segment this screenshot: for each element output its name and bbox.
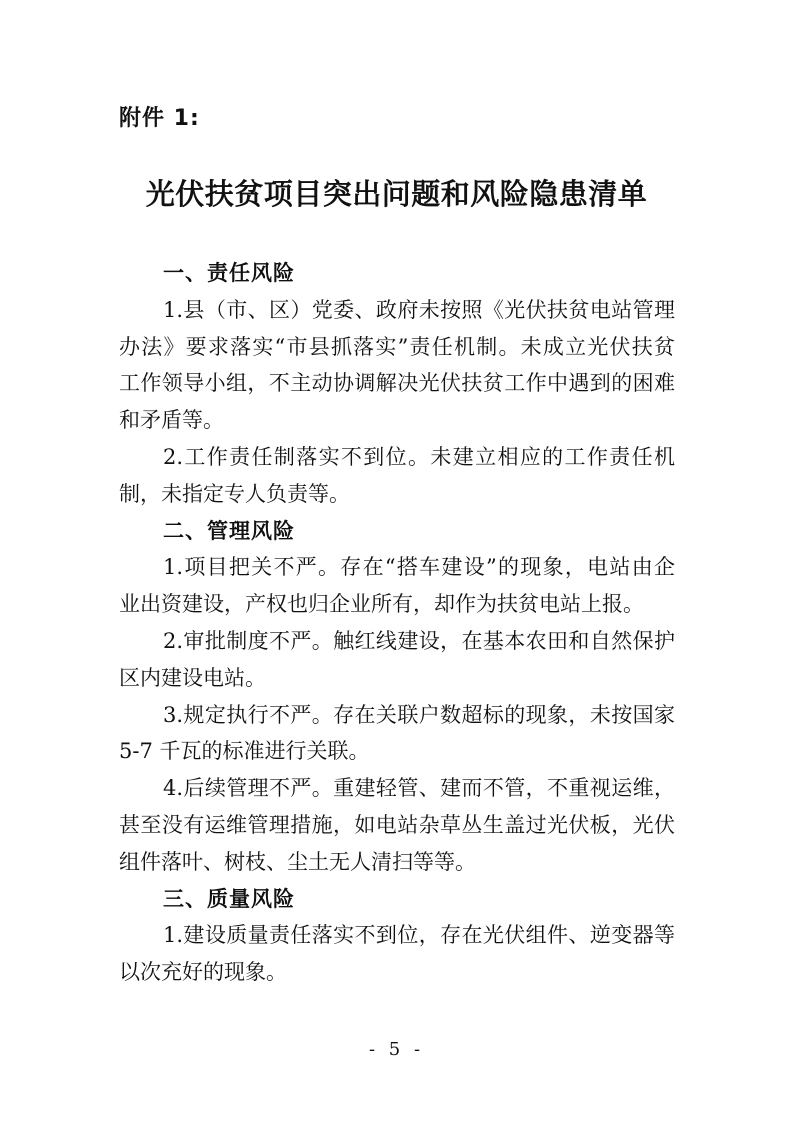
- section-heading-quality-risk: 三、质量风险: [119, 881, 675, 918]
- paragraph-line: 5-7 千瓦的标准进行关联。: [119, 733, 675, 770]
- list-item: 2.工作责任制落实不到位。未建立相应的工作责任机 制，未指定专人负责等。: [119, 439, 675, 513]
- list-item: 1.县（市、区）党委、政府未按照《光伏扶贫电站管理 办法》要求落实“市县抓落实”…: [119, 292, 675, 439]
- list-item: 1.项目把关不严。存在“搭车建设”的现象，电站由企 业出资建设，产权也归企业所有…: [119, 549, 675, 623]
- paragraph-line: 1.县（市、区）党委、政府未按照《光伏扶贫电站管理: [119, 292, 675, 329]
- list-item: 1.建设质量责任落实不到位，存在光伏组件、逆变器等 以次充好的现象。: [119, 917, 675, 991]
- paragraph-line: 甚至没有运维管理措施，如电站杂草丛生盖过光伏板，光伏: [119, 807, 675, 844]
- paragraph-line: 办法》要求落实“市县抓落实”责任机制。未成立光伏扶贫: [119, 329, 675, 366]
- paragraph-line: 3.规定执行不严。存在关联户数超标的现象，未按国家: [119, 697, 675, 734]
- paragraph-line: 2.工作责任制落实不到位。未建立相应的工作责任机: [119, 439, 675, 476]
- paragraph-line: 制，未指定专人负责等。: [119, 476, 675, 513]
- paragraph-line: 1.建设质量责任落实不到位，存在光伏组件、逆变器等: [119, 917, 675, 954]
- document-page: 附件 1: 光伏扶贫项目突出问题和风险隐患清单 一、责任风险 1.县（市、区）党…: [0, 0, 793, 1122]
- paragraph-line: 组件落叶、树枝、尘土无人清扫等等。: [119, 844, 675, 881]
- paragraph-line: 以次充好的现象。: [119, 954, 675, 991]
- section-heading-responsibility-risk: 一、责任风险: [119, 255, 675, 292]
- document-body: 一、责任风险 1.县（市、区）党委、政府未按照《光伏扶贫电站管理 办法》要求落实…: [119, 255, 675, 991]
- paragraph-line: 和矛盾等。: [119, 402, 675, 439]
- attachment-label: 附件 1:: [119, 104, 200, 134]
- paragraph-line: 业出资建设，产权也归企业所有，却作为扶贫电站上报。: [119, 586, 675, 623]
- list-item: 3.规定执行不严。存在关联户数超标的现象，未按国家 5-7 千瓦的标准进行关联。: [119, 697, 675, 771]
- paragraph-line: 工作领导小组，不主动协调解决光伏扶贫工作中遇到的困难: [119, 365, 675, 402]
- paragraph-line: 2.审批制度不严。触红线建设，在基本农田和自然保护: [119, 623, 675, 660]
- paragraph-line: 区内建设电站。: [119, 660, 675, 697]
- paragraph-line: 1.项目把关不严。存在“搭车建设”的现象，电站由企: [119, 549, 675, 586]
- section-heading-management-risk: 二、管理风险: [119, 513, 675, 550]
- paragraph-line: 4.后续管理不严。重建轻管、建而不管，不重视运维，: [119, 770, 675, 807]
- document-title: 光伏扶贫项目突出问题和风险隐患清单: [0, 172, 793, 216]
- page-number: - 5 -: [0, 1038, 793, 1062]
- list-item: 2.审批制度不严。触红线建设，在基本农田和自然保护 区内建设电站。: [119, 623, 675, 697]
- list-item: 4.后续管理不严。重建轻管、建而不管，不重视运维， 甚至没有运维管理措施，如电站…: [119, 770, 675, 880]
